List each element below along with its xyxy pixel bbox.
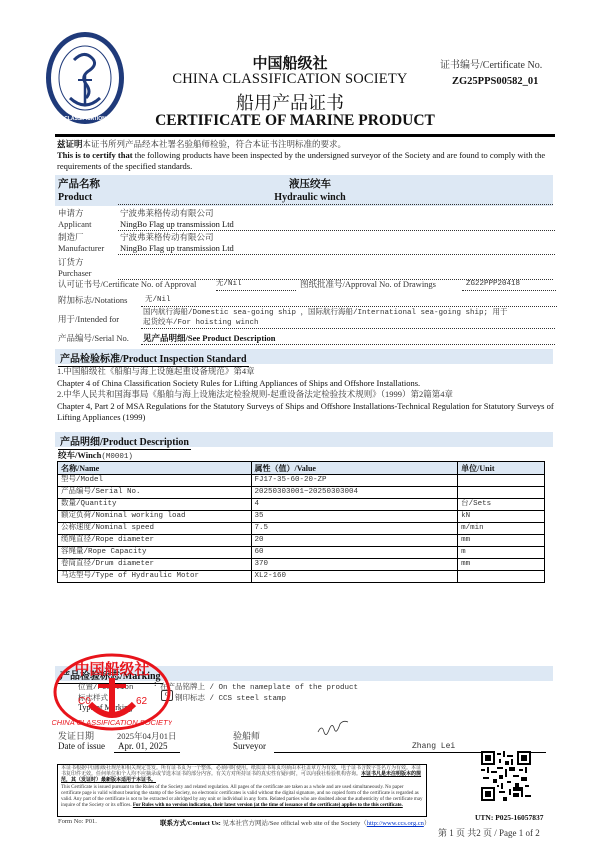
manufacturer-value-cn: 宁波弗莱格传动有限公司 (120, 232, 214, 243)
attr-unit-cell (458, 571, 545, 583)
qr-code-icon[interactable] (481, 751, 531, 801)
surveyor-label-en: Surveyor (233, 741, 266, 752)
table-header-row: 名称/Name 属性（值）/Value 单位/Unit (58, 462, 545, 475)
attr-name-cell: 型号/Model (58, 475, 252, 487)
attr-name-cell: 马达型号/Type of Hydraulic Motor (58, 571, 252, 583)
certificate-no: ZG25PPS00582_01 (452, 76, 538, 87)
notations-value: 无/Nil (141, 295, 557, 307)
attr-unit-cell: mm (458, 559, 545, 571)
red-seal-stamp-icon: 中国船级社 C0 62 CHINA CLASSIFICATION SOCIETY (52, 652, 172, 732)
society-name-en: CHINA CLASSIFICATION SOCIETY (160, 71, 420, 88)
table-row: 额定负荷/Nominal working load35kN (58, 511, 545, 523)
standard-line: Chapter 4, Part 2 of MSA Regulations for… (57, 401, 557, 424)
stamp-text-cn: 中国船级社 (74, 660, 149, 678)
column-header-unit: 单位/Unit (458, 462, 545, 475)
attr-value-cell: 20250303001~20250303004 (251, 487, 458, 499)
attr-value-cell: XL2-160 (251, 571, 458, 583)
attr-name-cell: 缆绳直径/Rope diameter (58, 535, 252, 547)
approval-value: 无/Nil (216, 279, 296, 291)
attr-value-cell: 370 (251, 559, 458, 571)
table-row: 数量/Quantity4台/Sets (58, 499, 545, 511)
table-row: 马达型号/Type of Hydraulic MotorXL2-160 (58, 571, 545, 583)
certificate-no-label: 证书编号/Certificate No. (440, 56, 542, 71)
intended-for-label: 用于/Intended for (58, 314, 119, 325)
intended-for-line1: 国内航行海船/Domestic sea-going ship ，国际航行海船/I… (143, 308, 555, 318)
utn-number: UTN: P025-16057837 (475, 813, 544, 822)
intro-en-bold: This is to certify that (57, 150, 133, 160)
intro-cn-bold: 兹证明 (57, 139, 83, 149)
inspection-standard-band: 产品检验标准/Product Inspection Standard (55, 349, 553, 364)
column-header-value: 属性（值）/Value (251, 462, 458, 475)
notations-label: 附加标志/Notations (58, 295, 127, 306)
applicant-label-en: Applicant (58, 219, 92, 230)
legal-notice-box: 本证书根据中国船级社规范和相关规定签发。所有证书页为一个整体，必须同时使用。纸质… (57, 764, 427, 817)
table-row: 产品编号/Serial No.20250303001~20250303004 (58, 487, 545, 499)
surveyor-name: Zhang Lei (412, 742, 455, 751)
table-row: 缆绳直径/Rope diameter20mm (58, 535, 545, 547)
society-name-cn: 中国船级社 (160, 52, 420, 73)
header-divider (55, 134, 555, 137)
applicant-value-cn: 宁波弗莱格传动有限公司 (120, 208, 214, 219)
approval-label: 认可证书号/Certificate No. of Approval (58, 279, 196, 290)
form-number: Form No: P01. (58, 818, 97, 825)
intro-cn-text: 本证书所列产品经本社署名验船师检验，符合本证书注明标准的要求。 (83, 139, 347, 149)
attr-value-cell: 35 (251, 511, 458, 523)
purchaser-label-en: Purchaser (58, 268, 92, 279)
product-description-band: 产品明细/Product Description (55, 432, 553, 447)
product-value-cn: 液压绞车 (250, 176, 370, 191)
contact-label: 联系方式/Contact Us: (160, 820, 221, 827)
winch-subtitle-code: (M0001) (101, 453, 133, 461)
manufacturer-value-en: NingBo Flag up transmission Ltd (118, 243, 555, 255)
document-title-en: CERTIFICATE OF MARINE PRODUCT (130, 112, 460, 130)
contact-end: ） (424, 820, 431, 827)
inspection-standard-list: 1.中国船级社《船舶与海上设施起重设备规范》第4章 Chapter 4 of C… (57, 366, 557, 424)
attr-value-cell: 4 (251, 499, 458, 511)
certification-statement: 兹证明本证书所列产品经本社署名验船师检验，符合本证书注明标准的要求。 This … (57, 139, 557, 172)
serial-label: 产品编号/Serial No. (58, 333, 129, 344)
column-header-name: 名称/Name (58, 462, 252, 475)
attr-value-cell: 20 (251, 535, 458, 547)
stamp-right-code: 62 (136, 696, 148, 707)
applicant-label-cn: 申请方 (58, 208, 84, 219)
contact-text: 见本社官方网站/See official web site of the Soc… (222, 820, 366, 827)
product-label-cn: 产品名称 (58, 176, 100, 191)
product-value-en: Hydraulic winch (250, 192, 370, 203)
attr-name-cell: 容绳量/Rope Capacity (58, 547, 252, 559)
standard-line: Chapter 4 of China Classification Societ… (57, 378, 557, 390)
date-label-en: Date of issue (58, 741, 105, 752)
ccs-website-link[interactable]: http://www.ccs.org.cn (367, 820, 424, 827)
manufacturer-label-en: Manufacturer (58, 243, 104, 254)
intended-for-line2: 起货绞车/For hoisting winch (141, 318, 555, 329)
standard-line: 1.中国船级社《船舶与海上设施起重设备规范》第4章 (57, 366, 557, 378)
table-row: 容绳量/Rope Capacity60m (58, 547, 545, 559)
attr-name-cell: 公称速度/Nominal speed (58, 523, 252, 535)
attr-name-cell: 数量/Quantity (58, 499, 252, 511)
marking-type-value: 钢印标志 / CCS steel stamp (175, 692, 286, 703)
applicant-value-en: NingBo Flag up transmission Ltd (118, 219, 555, 231)
marking-position-value: 在产品铭牌上 / On the nameplate of the product (160, 681, 358, 692)
attr-value-cell: FJ17-35-60-20-ZP (251, 475, 458, 487)
serial-value: 见产品明细/See Product Description (141, 333, 555, 345)
attr-name-cell: 卷筒直径/Drum diameter (58, 559, 252, 571)
attr-unit-cell: 台/Sets (458, 499, 545, 511)
product-description-table: 名称/Name 属性（值）/Value 单位/Unit 型号/ModelFJ17… (57, 461, 545, 583)
attr-unit-cell: m/min (458, 523, 545, 535)
attr-unit-cell: mm (458, 535, 545, 547)
attr-value-cell: 7.5 (251, 523, 458, 535)
attr-name-cell: 额定负荷/Nominal working load (58, 511, 252, 523)
attr-unit-cell (458, 475, 545, 487)
table-row: 型号/ModelFJ17-35-60-20-ZP (58, 475, 545, 487)
table-row: 卷筒直径/Drum diameter370mm (58, 559, 545, 571)
drawings-value: ZG22PPP20418 (462, 279, 556, 291)
surveyor-signature-icon (316, 720, 356, 743)
drawings-label: 图纸批准号/Approval No. of Drawings (300, 279, 436, 290)
product-label-en: Product (58, 192, 92, 203)
attr-value-cell: 60 (251, 547, 458, 559)
attr-unit-cell: kN (458, 511, 545, 523)
notice-en-bold: For Rules with no version indication, th… (133, 803, 403, 808)
attr-unit-cell: m (458, 547, 545, 559)
manufacturer-label-cn: 制造厂 (58, 232, 84, 243)
standard-line: 2.中华人民共和国海事局《船舶与海上设施法定检验规则-起重设备法定检验技术规则》… (57, 389, 557, 401)
purchaser-label-cn: 订货方 (58, 257, 84, 268)
page-indicator: 第 1 页 共2 页 / Page 1 of 2 (438, 826, 540, 839)
attr-name-cell: 产品编号/Serial No. (58, 487, 252, 499)
contact-info: 联系方式/Contact Us: 见本社官方网站/See official we… (160, 818, 430, 827)
date-value-en: Apr. 01, 2025 (114, 741, 180, 753)
winch-subtitle-bold: 绞车/Winch (58, 450, 101, 460)
table-row: 公称速度/Nominal speed7.5m/min (58, 523, 545, 535)
attr-unit-cell (458, 487, 545, 499)
ccs-logo-icon: CLASSIFICATION (44, 30, 126, 126)
inspection-standard-title: 产品检验标准/Product Inspection Standard (58, 353, 249, 367)
stamp-text-en: CHINA CLASSIFICATION SOCIETY (52, 718, 172, 727)
product-description-title: 产品明细/Product Description (58, 436, 191, 450)
svg-text:CLASSIFICATION: CLASSIFICATION (64, 116, 106, 122)
